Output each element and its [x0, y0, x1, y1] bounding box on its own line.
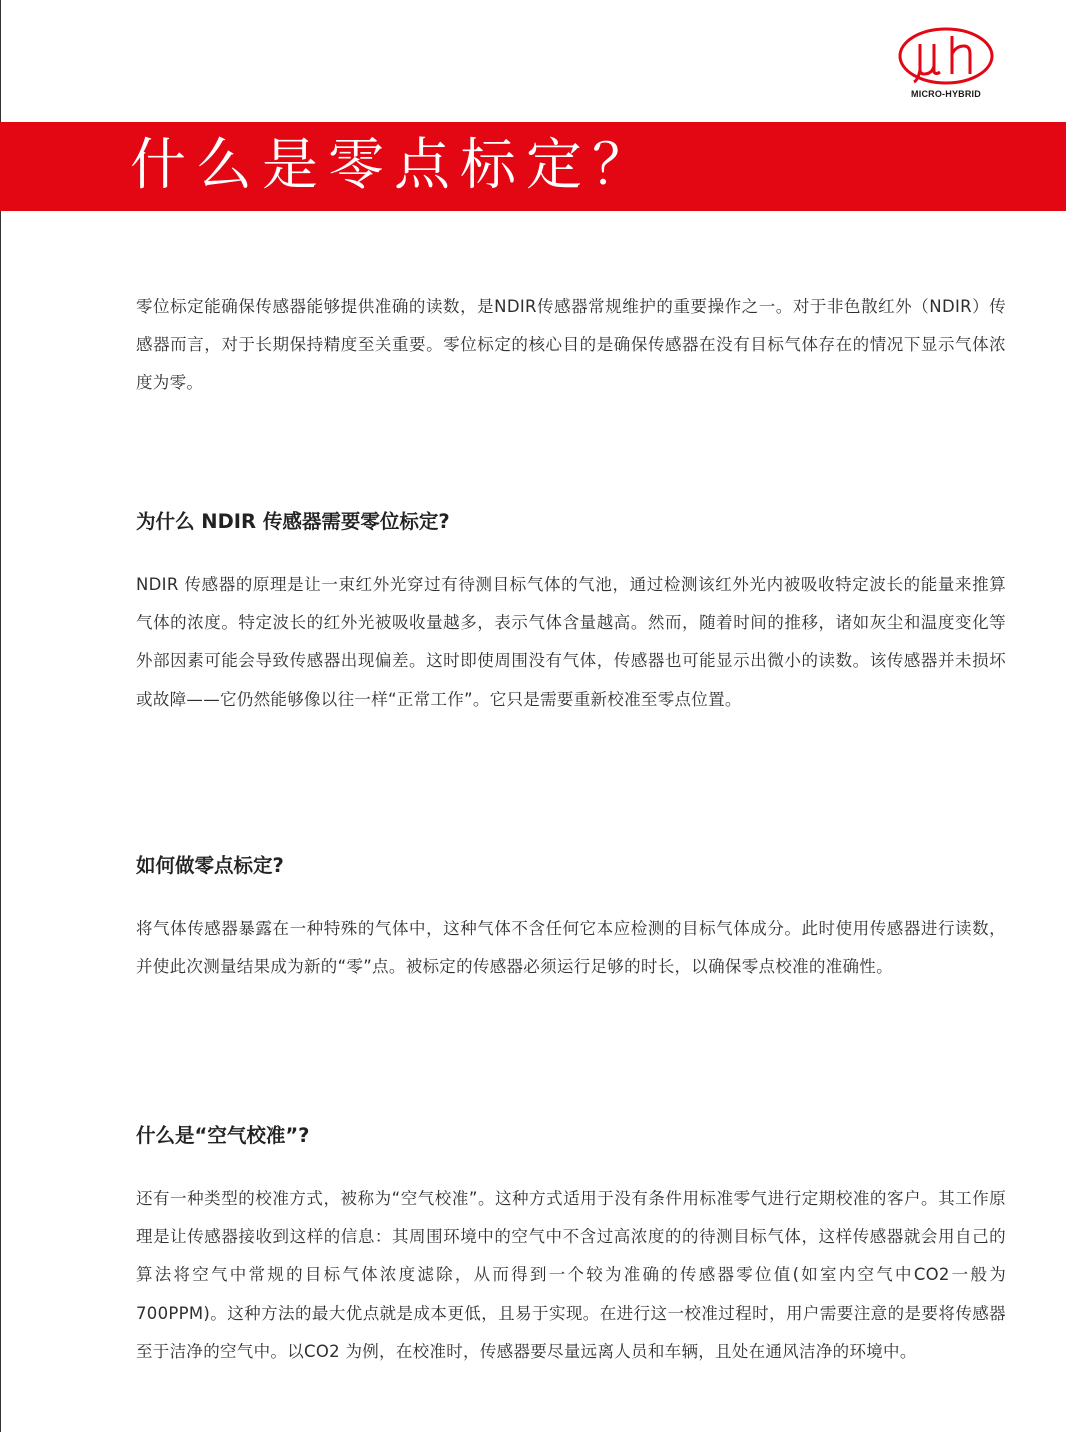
micro-hybrid-logo: MICRO-HYBRID — [896, 26, 996, 102]
section-heading: 为什么 NDIR 传感器需要零位标定? — [136, 508, 1006, 536]
section-heading: 如何做零点标定? — [136, 852, 1006, 880]
section-why-ndir: 为什么 NDIR 传感器需要零位标定? NDIR 传感器的原理是让一束红外光穿过… — [136, 508, 1006, 719]
section-air-calibration: 什么是“空气校准”? 还有一种类型的校准方式，被称为“空气校准”。这种方式适用于… — [136, 1122, 1006, 1371]
page-edge-line — [0, 0, 1, 1432]
intro-section: 零位标定能确保传感器能够提供准确的读数，是NDIR传感器常规维护的重要操作之一。… — [136, 288, 1006, 403]
logo-mark-icon — [896, 26, 996, 88]
title-banner: 什么是零点标定？ — [0, 122, 1066, 211]
intro-paragraph: 零位标定能确保传感器能够提供准确的读数，是NDIR传感器常规维护的重要操作之一。… — [136, 288, 1006, 403]
section-heading: 什么是“空气校准”? — [136, 1122, 1006, 1150]
section-paragraph: NDIR 传感器的原理是让一束红外光穿过有待测目标气体的气池，通过检测该红外光内… — [136, 566, 1006, 719]
logo-text: MICRO-HYBRID — [896, 89, 996, 99]
section-how-to-zero: 如何做零点标定? 将气体传感器暴露在一种特殊的气体中，这种气体不含任何它本应检测… — [136, 852, 1006, 986]
page-title: 什么是零点标定？ — [130, 134, 658, 198]
section-paragraph: 还有一种类型的校准方式，被称为“空气校准”。这种方式适用于没有条件用标准零气进行… — [136, 1180, 1006, 1371]
section-paragraph: 将气体传感器暴露在一种特殊的气体中，这种气体不含任何它本应检测的目标气体成分。此… — [136, 910, 1006, 986]
